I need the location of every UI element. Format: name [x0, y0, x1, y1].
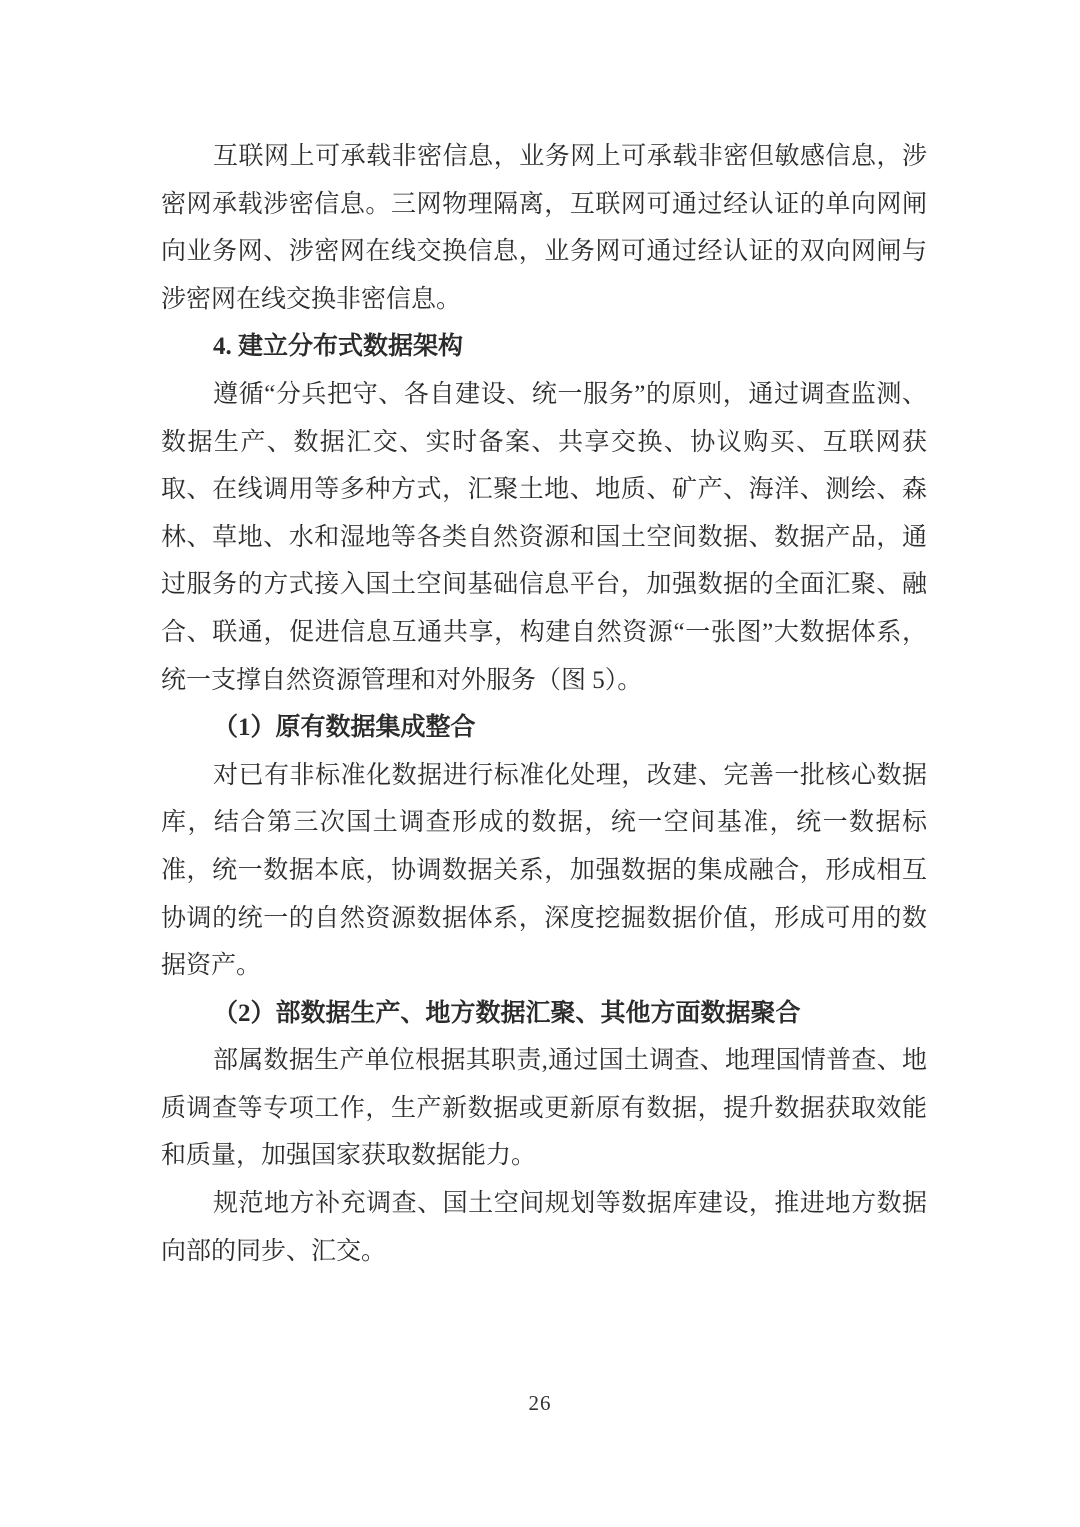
heading-distributed-data-architecture: 4. 建立分布式数据架构	[161, 323, 927, 371]
heading-ministry-local-data-aggregation: （2）部数据生产、地方数据汇聚、其他方面数据聚合	[161, 990, 927, 1038]
page-body: 互联网上可承载非密信息，业务网上可承载非密但敏感信息，涉密网承载涉密信息。三网物…	[161, 133, 927, 1275]
paragraph-data-aggregation-principle: 遵循“分兵把守、各自建设、统一服务”的原则，通过调查监测、数据生产、数据汇交、实…	[161, 371, 927, 704]
paragraph-three-networks: 互联网上可承载非密信息，业务网上可承载非密但敏感信息，涉密网承载涉密信息。三网物…	[161, 133, 927, 323]
page-number: 26	[529, 1391, 552, 1415]
heading-existing-data-integration: （1）原有数据集成整合	[161, 704, 927, 752]
paragraph-standardization: 对已有非标准化数据进行标准化处理，改建、完善一批核心数据库，结合第三次国土调查形…	[161, 752, 927, 990]
paragraph-local-data-sync: 规范地方补充调查、国土空间规划等数据库建设，推进地方数据向部的同步、汇交。	[161, 1180, 927, 1275]
document-page: 互联网上可承载非密信息，业务网上可承载非密但敏感信息，涉密网承载涉密信息。三网物…	[0, 0, 1080, 1527]
paragraph-ministry-data-production: 部属数据生产单位根据其职责,通过国土调查、地理国情普查、地质调查等专项工作，生产…	[161, 1037, 927, 1180]
page-footer: 26	[0, 1390, 1080, 1416]
